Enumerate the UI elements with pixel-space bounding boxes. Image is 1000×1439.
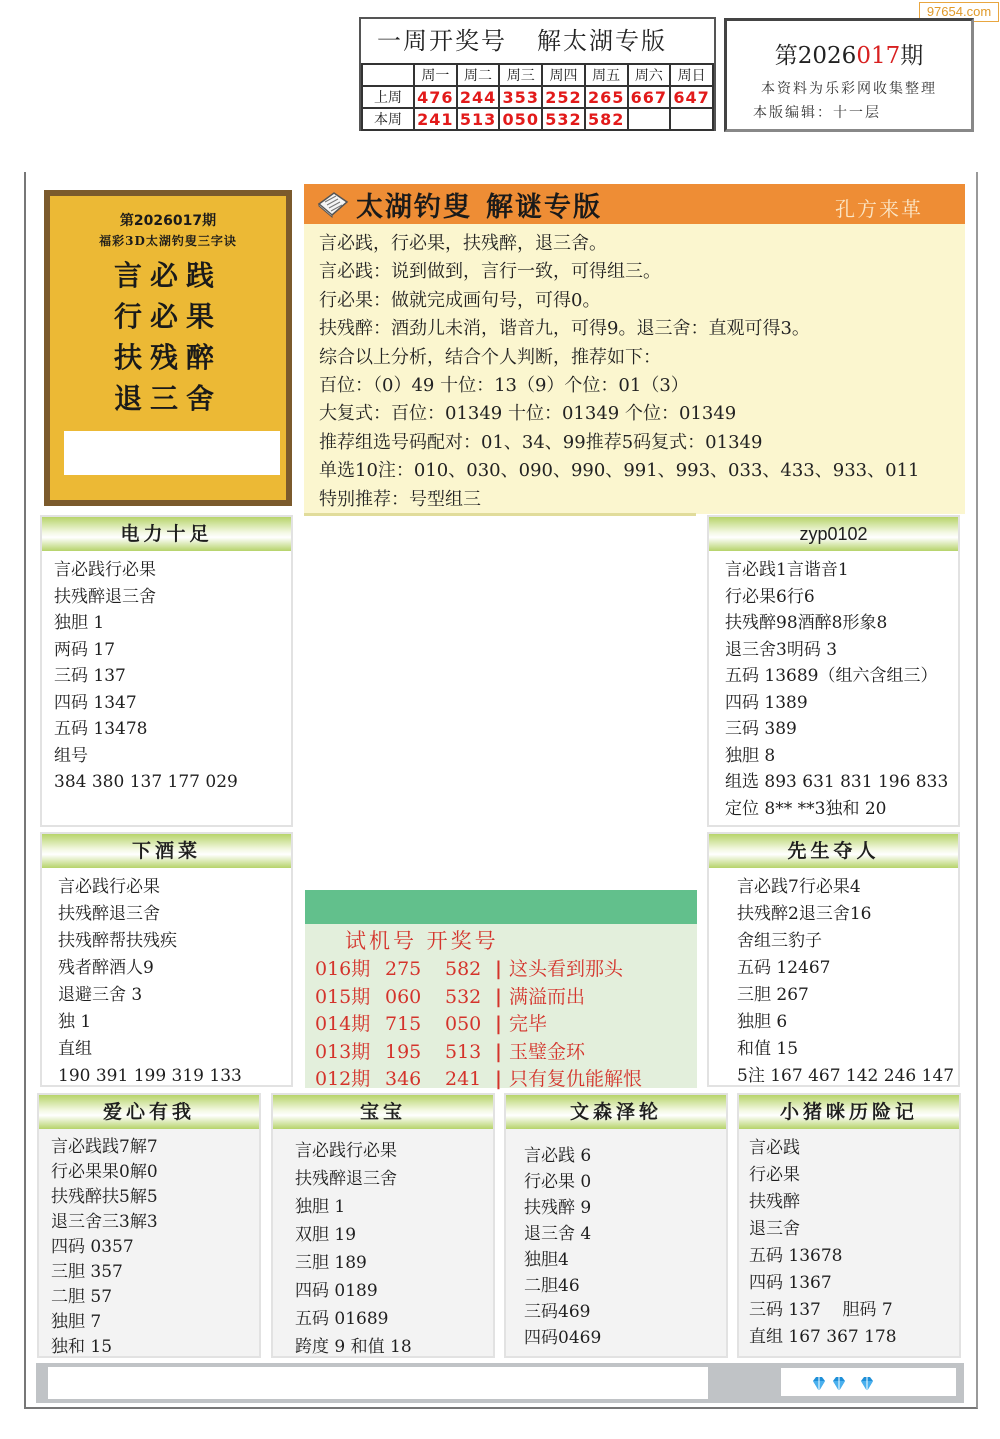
gold-subtitle: 福彩3D太湖钓叟三字诀 bbox=[50, 232, 286, 249]
weekly-table-title: 一周开奖号解太湖专版 bbox=[361, 19, 714, 63]
day-header: 周六 bbox=[628, 64, 671, 86]
row-label: 上周 bbox=[362, 86, 414, 108]
panel-line: 五码 13478 bbox=[54, 716, 291, 743]
trial-number: 275 bbox=[385, 956, 445, 984]
trial-issue: 012期 bbox=[315, 1066, 385, 1094]
panel-line: 退三舍3明码 3 bbox=[725, 637, 958, 664]
panel-line: 扶残醉扶5解5 bbox=[51, 1185, 259, 1210]
panel-line: 退三舍三3解3 bbox=[51, 1210, 259, 1235]
panel-line: 独胆 6 bbox=[737, 1009, 958, 1036]
trial-note: 满溢而出 bbox=[509, 984, 585, 1012]
panel-line: 独 1 bbox=[58, 1009, 291, 1036]
divider bbox=[304, 513, 696, 516]
trial-body: 试机号 开奖号 016期275582|这头看到那头 015期060532|满溢而… bbox=[305, 924, 697, 1094]
day-header: 周日 bbox=[670, 64, 713, 86]
trial-issue: 015期 bbox=[315, 984, 385, 1012]
draw-number: 647 bbox=[670, 86, 713, 108]
panel-line: 独胆 7 bbox=[51, 1310, 259, 1335]
panel-line: 定位 8** **3独和 20 bbox=[725, 796, 958, 823]
panel-line: 和值 15 bbox=[737, 1036, 958, 1063]
trial-row: 013期195513|玉璧金环 bbox=[315, 1039, 697, 1067]
draw-number: 265 bbox=[585, 86, 628, 108]
gold-mnemonic-panel: 第2026017期 福彩3D太湖钓叟三字诀 言必践 行必果 扶残醉 退三舍 bbox=[44, 190, 292, 506]
article-line: 行必果：做就完成画句号，可得0。 bbox=[319, 287, 965, 315]
day-header: 周五 bbox=[585, 64, 628, 86]
article-title-part1: 太湖钓叟 bbox=[356, 192, 472, 223]
diamond-icon bbox=[831, 1376, 847, 1392]
trial-row: 016期275582|这头看到那头 bbox=[315, 956, 697, 984]
separator: | bbox=[495, 956, 509, 984]
draw-number: 353 bbox=[499, 86, 542, 108]
panel-line: 扶残醉 bbox=[749, 1189, 959, 1216]
panel-line: 四码0469 bbox=[524, 1325, 726, 1351]
panel-line: 言必践行必果 bbox=[54, 557, 291, 584]
panel-title: 爱心有我 bbox=[39, 1095, 259, 1129]
trial-number: 346 bbox=[385, 1066, 445, 1094]
draw-number: 241 bbox=[414, 108, 457, 130]
panel-line: 退三舍 bbox=[749, 1216, 959, 1243]
panel-line: 扶残醉2退三舍16 bbox=[737, 901, 958, 928]
panel-zyp0102: zyp0102 言必践1言谐音1 行必果6行6 扶残醉98酒醉8形象8 退三舍3… bbox=[707, 515, 960, 827]
article-title-part2: 解谜专版 bbox=[486, 192, 602, 223]
issue-info-box: 第2026017期 本资料为乐彩网收集整理 本版编辑：十一层 bbox=[724, 18, 974, 132]
panel-line: 四码 1367 bbox=[749, 1270, 959, 1297]
panel-line: 独胆 1 bbox=[54, 610, 291, 637]
panel-line: 行必果果0解0 bbox=[51, 1160, 259, 1185]
draw-number: 050 bbox=[445, 1011, 495, 1039]
trial-title: 试机号 开奖号 bbox=[315, 926, 697, 956]
panel-line: 三胆 189 bbox=[295, 1249, 493, 1277]
panel-aixin: 爱心有我 言必践践7解7 行必果果0解0 扶残醉扶5解5 退三舍三3解3 四码 … bbox=[37, 1093, 261, 1358]
weekly-table-header-row: 周一 周二 周三 周四 周五 周六 周日 bbox=[362, 64, 713, 86]
panel-line: 言必践 6 bbox=[524, 1143, 726, 1169]
panel-line: 五码 13689（组六含组三） bbox=[725, 663, 958, 690]
panel-line: 独胆4 bbox=[524, 1247, 726, 1273]
article-line: 推荐组选号码配对：01、34、99推荐5码复式：01349 bbox=[319, 429, 965, 457]
panel-line: 言必践践7解7 bbox=[51, 1135, 259, 1160]
gold-issue: 第2026017期 bbox=[50, 210, 286, 230]
panel-title: zyp0102 bbox=[709, 517, 958, 551]
panel-body: 言必践7行必果4 扶残醉2退三舍16 舍组三豹子 五码 12467 三胆 267… bbox=[709, 868, 958, 1090]
draw-number: 513 bbox=[457, 108, 500, 130]
panel-line: 独和 15 bbox=[51, 1335, 259, 1360]
panel-body: 言必践 6 行必果 0 扶残醉 9 退三舍 4 独胆4 二胆46 三码469 四… bbox=[506, 1129, 726, 1351]
issue-editor-note: 本版编辑：十一层 bbox=[727, 102, 971, 122]
panel-title: 小猪咪历险记 bbox=[739, 1095, 959, 1129]
panel-line: 5注 167 467 142 246 147 bbox=[737, 1063, 958, 1090]
trial-number: 060 bbox=[385, 984, 445, 1012]
panel-line: 组号 bbox=[54, 743, 291, 770]
draw-number: 513 bbox=[445, 1039, 495, 1067]
article-line: 大复式：百位：01349 十位：01349 个位：01349 bbox=[319, 400, 965, 428]
panel-line: 三码 389 bbox=[725, 716, 958, 743]
draw-number: 050 bbox=[499, 108, 542, 130]
panel-line: 四码 0357 bbox=[51, 1235, 259, 1260]
trial-issue: 014期 bbox=[315, 1011, 385, 1039]
panel-body: 言必践行必果 扶残醉退三舍 扶残醉帮扶残疾 残者醉酒人9 退避三舍 3 独 1 … bbox=[42, 868, 291, 1090]
issue-title: 第2026017期 bbox=[727, 37, 971, 70]
panel-title: 宝宝 bbox=[273, 1095, 493, 1129]
article-line: 言必践：说到做到，言行一致，可得组三。 bbox=[319, 258, 965, 286]
gold-line: 扶残醉 bbox=[50, 337, 286, 378]
panel-line: 三码 137 胆码 7 bbox=[749, 1297, 959, 1324]
panel-line: 五码 12467 bbox=[737, 955, 958, 982]
panel-line: 独胆 1 bbox=[295, 1193, 493, 1221]
panel-line: 二胆 57 bbox=[51, 1285, 259, 1310]
panel-wensen: 文森泽轮 言必践 6 行必果 0 扶残醉 9 退三舍 4 独胆4 二胆46 三码… bbox=[504, 1093, 728, 1358]
article-line: 言必践，行必果，扶残醉，退三舍。 bbox=[319, 230, 965, 258]
weekly-draw-table-box: 一周开奖号解太湖专版 周一 周二 周三 周四 周五 周六 周日 上周 476 2… bbox=[359, 17, 716, 131]
panel-line: 扶残醉 9 bbox=[524, 1195, 726, 1221]
panel-line: 残者醉酒人9 bbox=[58, 955, 291, 982]
day-header: 周三 bbox=[499, 64, 542, 86]
draw-number bbox=[670, 108, 713, 130]
panel-line: 三胆 267 bbox=[737, 982, 958, 1009]
separator: | bbox=[495, 984, 509, 1012]
panel-line: 四码 1347 bbox=[54, 690, 291, 717]
article-line: 扶残醉：酒劲儿未消，谐音九，可得9。退三舍：直观可得3。 bbox=[319, 315, 965, 343]
draw-number: 252 bbox=[542, 86, 585, 108]
panel-line: 舍组三豹子 bbox=[737, 928, 958, 955]
panel-line: 扶残醉退三舍 bbox=[58, 901, 291, 928]
article-title: 太湖钓叟解谜专版 bbox=[356, 185, 602, 224]
panel-xiaozhu: 小猪咪历险记 言必践 行必果 扶残醉 退三舍 五码 13678 四码 1367 … bbox=[737, 1093, 961, 1358]
issue-number: 017 bbox=[856, 43, 900, 69]
trial-row: 014期715050|完毕 bbox=[315, 1011, 697, 1039]
issue-suffix: 期 bbox=[900, 43, 923, 69]
weekly-title-left: 一周开奖号 bbox=[377, 27, 507, 55]
draw-number: 241 bbox=[445, 1066, 495, 1094]
panel-line: 二胆46 bbox=[524, 1273, 726, 1299]
gold-line: 言必践 bbox=[50, 255, 286, 296]
panel-body: 言必践行必果 扶残醉退三舍 独胆 1 两码 17 三码 137 四码 1347 … bbox=[42, 551, 291, 796]
panel-line: 直组 bbox=[58, 1036, 291, 1063]
book-icon bbox=[316, 190, 350, 218]
panel-line: 扶残醉帮扶残疾 bbox=[58, 928, 291, 955]
panel-line: 三胆 357 bbox=[51, 1260, 259, 1285]
trial-note: 玉璧金环 bbox=[509, 1039, 585, 1067]
footer-blank-area bbox=[48, 1367, 708, 1399]
panel-line: 五码 01689 bbox=[295, 1305, 493, 1333]
separator: | bbox=[495, 1011, 509, 1039]
panel-line: 双胆 19 bbox=[295, 1221, 493, 1249]
panel-line: 扶残醉退三舍 bbox=[295, 1165, 493, 1193]
corner-cell bbox=[362, 64, 414, 86]
panel-line: 扶残醉98酒醉8形象8 bbox=[725, 610, 958, 637]
article-body: 言必践，行必果，扶残醉，退三舍。 言必践：说到做到，言行一致，可得组三。 行必果… bbox=[304, 224, 965, 514]
panel-title: 下酒菜 bbox=[42, 834, 291, 868]
table-row: 上周 476 244 353 252 265 667 647 bbox=[362, 86, 713, 108]
panel-line: 言必践行必果 bbox=[58, 874, 291, 901]
diamond-icon bbox=[859, 1376, 875, 1392]
draw-number: 476 bbox=[414, 86, 457, 108]
panel-line: 言必践行必果 bbox=[295, 1137, 493, 1165]
panel-body: 言必践行必果 扶残醉退三舍 独胆 1 双胆 19 三胆 189 四码 0189 … bbox=[273, 1129, 493, 1361]
article-line: 特别推荐：号型组三 bbox=[319, 486, 965, 514]
trial-header-bar bbox=[305, 890, 697, 924]
panel-line: 跨度 9 和值 18 bbox=[295, 1333, 493, 1361]
panel-line: 言必践7行必果4 bbox=[737, 874, 958, 901]
trial-note: 完毕 bbox=[509, 1011, 547, 1039]
separator: | bbox=[495, 1066, 509, 1094]
trial-row: 012期346241|只有复仇能解恨 bbox=[315, 1066, 697, 1094]
weekly-title-right: 解太湖专版 bbox=[537, 27, 667, 55]
panel-line: 行必果 0 bbox=[524, 1169, 726, 1195]
day-header: 周二 bbox=[457, 64, 500, 86]
panel-line: 行必果6行6 bbox=[725, 584, 958, 611]
panel-title: 电力十足 bbox=[42, 517, 291, 551]
draw-number: 582 bbox=[585, 108, 628, 130]
trial-number: 715 bbox=[385, 1011, 445, 1039]
trial-row: 015期060532|满溢而出 bbox=[315, 984, 697, 1012]
panel-line: 退避三舍 3 bbox=[58, 982, 291, 1009]
panel-line: 组选 893 631 831 196 833 bbox=[725, 769, 958, 796]
panel-dianli: 电力十足 言必践行必果 扶残醉退三舍 独胆 1 两码 17 三码 137 四码 … bbox=[40, 515, 293, 827]
separator: | bbox=[495, 1039, 509, 1067]
trial-issue: 016期 bbox=[315, 956, 385, 984]
article-header: 太湖钓叟解谜专版 孔方来革 bbox=[304, 184, 965, 224]
panel-line: 四码 0189 bbox=[295, 1277, 493, 1305]
panel-line: 五码 13678 bbox=[749, 1243, 959, 1270]
weekly-draw-table: 周一 周二 周三 周四 周五 周六 周日 上周 476 244 353 252 … bbox=[361, 63, 714, 131]
panel-line: 三码469 bbox=[524, 1299, 726, 1325]
draw-number: 532 bbox=[445, 984, 495, 1012]
panel-xiajiucai: 下酒菜 言必践行必果 扶残醉退三舍 扶残醉帮扶残疾 残者醉酒人9 退避三舍 3 … bbox=[40, 832, 293, 1087]
panel-body: 言必践1言谐音1 行必果6行6 扶残醉98酒醉8形象8 退三舍3明码 3 五码 … bbox=[709, 551, 958, 822]
panel-line: 退三舍 4 bbox=[524, 1221, 726, 1247]
article-line: 单选10注：010、030、090、990、991、993、033、433、93… bbox=[319, 457, 965, 485]
trial-note: 这头看到那头 bbox=[509, 956, 623, 984]
draw-number: 582 bbox=[445, 956, 495, 984]
trial-numbers-block: 试机号 开奖号 016期275582|这头看到那头 015期060532|满溢而… bbox=[305, 890, 697, 1088]
gold-line: 行必果 bbox=[50, 296, 286, 337]
trial-note: 只有复仇能解恨 bbox=[509, 1066, 642, 1094]
panel-line: 三码 137 bbox=[54, 663, 291, 690]
panel-line: 384 380 137 177 029 bbox=[54, 769, 291, 796]
panel-line: 独胆 8 bbox=[725, 743, 958, 770]
gold-line: 退三舍 bbox=[50, 378, 286, 419]
panel-body: 言必践践7解7 行必果果0解0 扶残醉扶5解5 退三舍三3解3 四码 0357 … bbox=[39, 1129, 259, 1360]
blank-box bbox=[64, 431, 280, 475]
panel-line: 言必践1言谐音1 bbox=[725, 557, 958, 584]
day-header: 周四 bbox=[542, 64, 585, 86]
panel-line: 两码 17 bbox=[54, 637, 291, 664]
panel-title: 先生夺人 bbox=[709, 834, 958, 868]
table-row: 本周 241 513 050 532 582 bbox=[362, 108, 713, 130]
article-line: 百位：（0）49 十位：13（9）个位：01（3） bbox=[319, 372, 965, 400]
diamond-icon bbox=[811, 1376, 827, 1392]
riddle-article: 太湖钓叟解谜专版 孔方来革 言必践，行必果，扶残醉，退三舍。 言必践：说到做到，… bbox=[304, 184, 965, 514]
row-label: 本周 bbox=[362, 108, 414, 130]
issue-source-note: 本资料为乐彩网收集整理 bbox=[727, 78, 971, 98]
draw-number bbox=[628, 108, 671, 130]
footer-bar bbox=[36, 1363, 964, 1403]
article-line: 综合以上分析，结合个人判断，推荐如下： bbox=[319, 344, 965, 372]
panel-body: 言必践 行必果 扶残醉 退三舍 五码 13678 四码 1367 三码 137 … bbox=[739, 1129, 959, 1351]
trial-issue: 013期 bbox=[315, 1039, 385, 1067]
draw-number: 667 bbox=[628, 86, 671, 108]
panel-line: 190 391 199 319 133 bbox=[58, 1063, 291, 1090]
article-author: 孔方来革 bbox=[835, 193, 923, 222]
panel-line: 言必践 bbox=[749, 1135, 959, 1162]
panel-line: 行必果 bbox=[749, 1162, 959, 1189]
panel-line: 直组 167 367 178 bbox=[749, 1324, 959, 1351]
panel-line: 四码 1389 bbox=[725, 690, 958, 717]
panel-baobao: 宝宝 言必践行必果 扶残醉退三舍 独胆 1 双胆 19 三胆 189 四码 01… bbox=[271, 1093, 495, 1358]
trial-number: 195 bbox=[385, 1039, 445, 1067]
day-header: 周一 bbox=[414, 64, 457, 86]
panel-title: 文森泽轮 bbox=[506, 1095, 726, 1129]
issue-prefix: 第2026 bbox=[775, 43, 857, 69]
draw-number: 532 bbox=[542, 108, 585, 130]
draw-number: 244 bbox=[457, 86, 500, 108]
panel-line: 扶残醉退三舍 bbox=[54, 584, 291, 611]
footer-rating-area bbox=[781, 1368, 956, 1396]
panel-xiansheng: 先生夺人 言必践7行必果4 扶残醉2退三舍16 舍组三豹子 五码 12467 三… bbox=[707, 832, 960, 1087]
